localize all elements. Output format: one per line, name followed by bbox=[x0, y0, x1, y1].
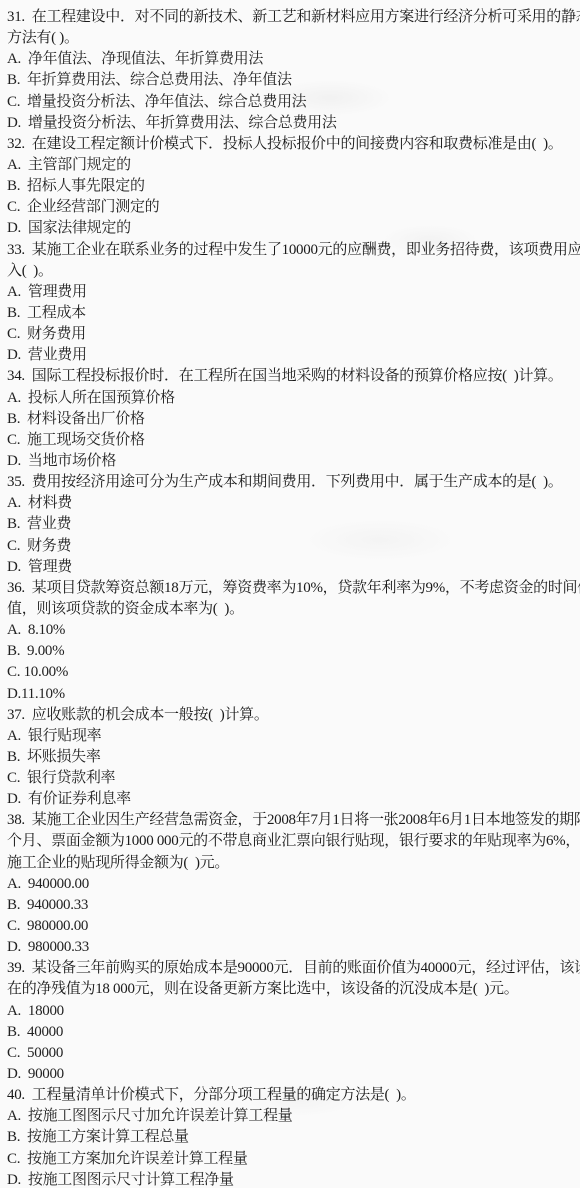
question-32-stem-line-1: 32. 在建设工程定额计价模式下．投标人投标报价中的间接费内容和取费标准是由( … bbox=[7, 134, 576, 155]
question-32-option-d: D. 国家法律规定的 bbox=[7, 218, 576, 239]
question-36-stem-line-2: 值，则该项贷款的资金成本率为( )。 bbox=[7, 599, 576, 620]
question-35-option-b: B. 营业费 bbox=[7, 514, 576, 535]
question-33-stem-line-2: 入( )。 bbox=[7, 261, 576, 282]
question-33-option-b: B. 工程成本 bbox=[7, 303, 576, 324]
question-39-option-c: C. 50000 bbox=[7, 1043, 576, 1064]
question-35-option-a: A. 材料费 bbox=[7, 493, 576, 514]
question-31-option-d: D. 增量投资分析法、年折算费用法、综合总费用法 bbox=[7, 113, 576, 134]
question-33-stem-line-1: 33. 某施工企业在联系业务的过程中发生了10000元的应酬费，即业务招待费，该… bbox=[7, 240, 576, 261]
question-31-option-c: C. 增量投资分析法、净年值法、综合总费用法 bbox=[7, 92, 576, 113]
question-31-stem-line-2: 方法有( )。 bbox=[7, 28, 576, 49]
question-34-option-d: D. 当地市场价格 bbox=[7, 451, 576, 472]
question-34-option-c: C. 施工现场交货价格 bbox=[7, 430, 576, 451]
question-38-stem-line-2: 个月、票面金额为1000 000元的不带息商业汇票向银行贴现，银行要求的年贴现率… bbox=[7, 831, 576, 852]
question-33-option-a: A. 管理费用 bbox=[7, 282, 576, 303]
question-32-option-b: B. 招标人事先限定的 bbox=[7, 176, 576, 197]
question-36-stem-line-1: 36. 某项目贷款筹资总额18万元，筹资费率为10%，贷款年利率为9%，不考虑资… bbox=[7, 578, 576, 599]
question-31-option-b: B. 年折算费用法、综合总费用法、净年值法 bbox=[7, 70, 576, 91]
question-39-stem-line-2: 在的净残值为18 000元，则在设备更新方案比选中，该设备的沉没成本是( )元。 bbox=[7, 979, 576, 1000]
question-33-option-d: D. 营业费用 bbox=[7, 345, 576, 366]
question-36-option-a: A. 8.10% bbox=[7, 620, 576, 641]
question-34-option-b: B. 材料设备出厂价格 bbox=[7, 409, 576, 430]
question-33-option-c: C. 财务费用 bbox=[7, 324, 576, 345]
question-38-stem-line-1: 38. 某施工企业因生产经营急需资金，于2008年7月1日将一张2008年6月1… bbox=[7, 810, 576, 831]
question-36-option-b: B. 9.00% bbox=[7, 641, 576, 662]
question-31-stem-line-1: 31. 在工程建设中．对不同的新技术、新工艺和新材料应用方案进行经济分析可采用的… bbox=[7, 7, 576, 28]
question-35-option-c: C. 财务费 bbox=[7, 536, 576, 557]
question-40-option-a: A. 按施工图图示尺寸加允许误差计算工程量 bbox=[7, 1106, 576, 1127]
question-40-stem-line-1: 40. 工程量清单计价模式下，分部分项工程量的确定方法是( )。 bbox=[7, 1085, 576, 1106]
question-38-option-c: C. 980000.00 bbox=[7, 916, 576, 937]
question-35-option-d: D. 管理费 bbox=[7, 557, 576, 578]
question-36-option-d: D.11.10% bbox=[7, 684, 576, 705]
question-37-option-c: C. 银行贷款利率 bbox=[7, 768, 576, 789]
question-35-stem-line-1: 35. 费用按经济用途可分为生产成本和期间费用．下列费用中．属于生产成本的是( … bbox=[7, 472, 576, 493]
question-40-option-b: B. 按施工方案计算工程总量 bbox=[7, 1127, 576, 1148]
question-37-option-b: B. 坏账损失率 bbox=[7, 747, 576, 768]
question-31-option-a: A. 净年值法、净现值法、年折算费用法 bbox=[7, 49, 576, 70]
question-39-option-a: A. 18000 bbox=[7, 1001, 576, 1022]
question-38-stem-line-3: 施工企业的贴现所得金额为( )元。 bbox=[7, 853, 576, 874]
question-37-option-d: D. 有价证券利息率 bbox=[7, 789, 576, 810]
question-39-option-b: B. 40000 bbox=[7, 1022, 576, 1043]
question-34-option-a: A. 投标人所在国预算价格 bbox=[7, 388, 576, 409]
question-36-option-c: C. 10.00% bbox=[7, 662, 576, 683]
question-32-option-a: A. 主管部门规定的 bbox=[7, 155, 576, 176]
question-37-option-a: A. 银行贴现率 bbox=[7, 726, 576, 747]
question-40-option-d: D. 按施工图图示尺寸计算工程净量 bbox=[7, 1170, 576, 1188]
question-40-option-c: C. 按施工方案加允许误差计算工程量 bbox=[7, 1149, 576, 1170]
question-38-option-b: B. 940000.33 bbox=[7, 895, 576, 916]
question-38-option-a: A. 940000.00 bbox=[7, 874, 576, 895]
exam-document-page: 31. 在工程建设中．对不同的新技术、新工艺和新材料应用方案进行经济分析可采用的… bbox=[0, 0, 580, 1188]
question-37-stem-line-1: 37. 应收账款的机会成本一般按( )计算。 bbox=[7, 705, 576, 726]
question-39-stem-line-1: 39. 某设备三年前购买的原始成本是90000元．目前的账面价值为40000元，… bbox=[7, 958, 576, 979]
question-38-option-d: D. 980000.33 bbox=[7, 937, 576, 958]
question-34-stem-line-1: 34. 国际工程投标报价时．在工程所在国当地采购的材料设备的预算价格应按( )计… bbox=[7, 366, 576, 387]
question-32-option-c: C. 企业经营部门测定的 bbox=[7, 197, 576, 218]
question-39-option-d: D. 90000 bbox=[7, 1064, 576, 1085]
